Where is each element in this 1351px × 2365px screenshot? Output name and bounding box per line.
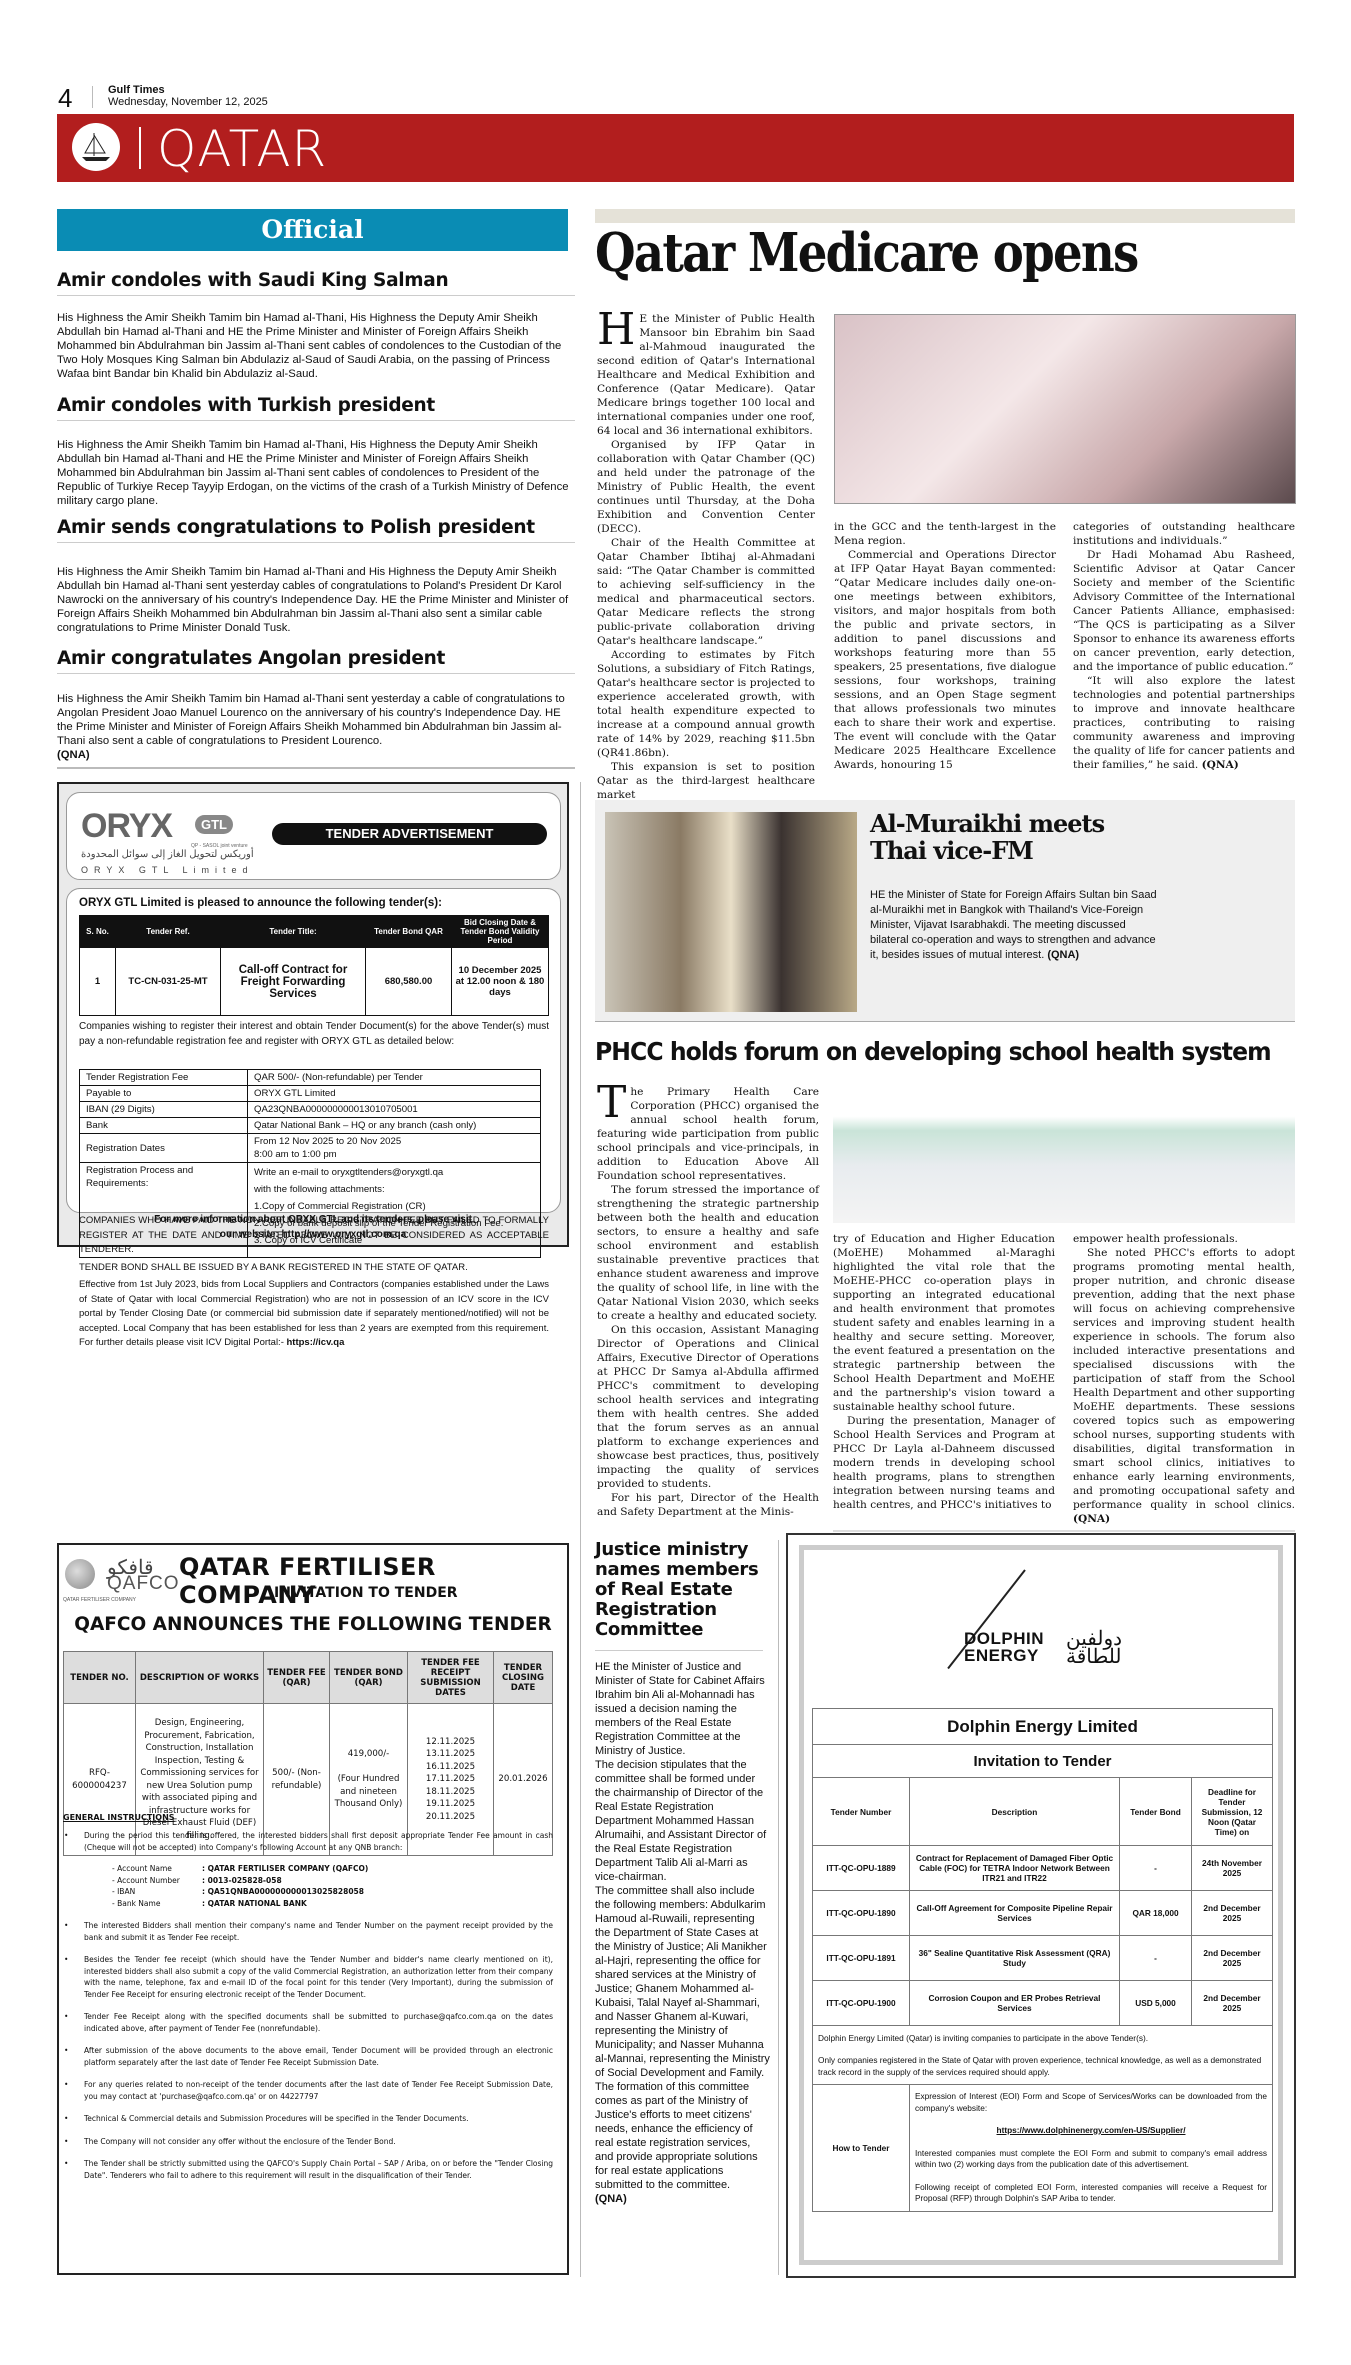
ad-title: Invitation to Tender	[813, 1745, 1273, 1778]
column-header: Tender Bond QAR	[366, 916, 452, 948]
account-details: - Account Name: QATAR FERTILISER COMPANY…	[112, 1863, 553, 1909]
list-item: Tender Fee Receipt along with the specif…	[63, 2011, 553, 2034]
table-row: BankQatar National Bank – HQ or any bran…	[80, 1118, 541, 1134]
credit: (QNA)	[57, 749, 90, 761]
official-body-2: His Highness the Amir Sheikh Tamim bin H…	[57, 438, 577, 508]
credit: (QNA)	[595, 2193, 627, 2205]
ribbon-cutting-photo	[834, 314, 1296, 504]
divider	[57, 420, 575, 421]
oryx-arabic-name: أوريكس لتحويل الغاز إلى سوائل المحدودة	[81, 849, 254, 860]
column-header: DESCRIPTION OF WORKS	[136, 1652, 264, 1704]
dolphin-logo: DOLPHINENERGY	[964, 1630, 1044, 1664]
dolphin-arabic-logo: دولفينللطاقة	[1066, 1630, 1122, 1666]
official-headline-1: Amir condoles with Saudi King Salman	[57, 270, 577, 291]
dolphin-tender-table: Dolphin Energy Limited Invitation to Ten…	[812, 1708, 1273, 2212]
phcc-column-3: empower health professionals. She noted …	[1073, 1232, 1295, 1526]
list-item: During the period this tender is offered…	[63, 1830, 553, 1909]
column-header: Deadline for Tender Submission, 12 Noon …	[1192, 1778, 1273, 1846]
table-row: ITT-QC-OPU-1900Corrosion Coupon and ER P…	[813, 1981, 1273, 2026]
instructions-list: During the period this tender is offered…	[63, 1830, 553, 2192]
list-item: After submission of the above documents …	[63, 2045, 553, 2068]
column-header: TENDER CLOSING DATE	[494, 1652, 553, 1704]
column-header: Tender Ref.	[116, 916, 221, 948]
medicare-headline: Qatar Medicare opens	[595, 222, 1138, 284]
oryx-tender-ad: ORYX GTL QP - SASOL joint venture أوريكس…	[57, 782, 569, 1247]
qafco-announcement: QAFCO ANNOUNCES THE FOLLOWING TENDER	[59, 1614, 567, 1635]
divider	[57, 673, 575, 674]
qafco-tender-ad: قافكو QAFCO QATAR FERTILISER COMPANY QAT…	[57, 1543, 569, 2275]
column-header: TENDER FEE (QAR)	[264, 1652, 330, 1704]
credit: (QNA)	[1073, 1513, 1110, 1525]
oryx-logo: ORYX	[81, 807, 172, 846]
registration-intro: Companies wishing to register their inte…	[79, 1019, 549, 1049]
list-item: The interested Bidders shall mention the…	[63, 1920, 553, 1943]
company-name: Dolphin Energy Limited	[813, 1709, 1273, 1745]
list-item: The Tender shall be strictly submitted u…	[63, 2158, 553, 2181]
oryx-gtl-badge: GTL	[195, 815, 233, 834]
dropcap: H	[597, 312, 639, 348]
phcc-headline: PHCC holds forum on developing school he…	[595, 1037, 1271, 1066]
dolphin-tender-ad: DOLPHINENERGY دولفينللطاقة Dolphin Energ…	[786, 1533, 1296, 2278]
divider	[57, 542, 575, 543]
banner-divider	[139, 127, 141, 169]
phcc-column-2: try of Education and Higher Education (M…	[833, 1232, 1055, 1512]
qafco-logo-subtitle: QATAR FERTILISER COMPANY	[63, 1597, 136, 1603]
table-row: Tender Registration FeeQAR 500/- (Non-re…	[80, 1070, 541, 1086]
table-row: Registration DatesFrom 12 Nov 2025 to 20…	[80, 1134, 541, 1163]
list-item: Besides the Tender fee receipt (which sh…	[63, 1954, 553, 2000]
medicare-column-1: HE the Minister of Public Health Mansoor…	[597, 312, 815, 802]
thai-body: HE the Minister of State for Foreign Aff…	[870, 888, 1160, 963]
table-row: ITT-QC-OPU-1890Call-Off Agreement for Co…	[813, 1891, 1273, 1936]
divider	[57, 767, 575, 769]
medicare-column-2: in the GCC and the tenth-largest in the …	[834, 520, 1056, 772]
forum-panel-photo	[833, 1081, 1295, 1223]
table-row: ITT-QC-OPU-189136" Sealine Quantitative …	[813, 1936, 1273, 1981]
oryx-footer: For more information about ORYX GTL and …	[57, 1212, 569, 1242]
top-rule	[595, 209, 1295, 223]
tender-table: S. No. Tender Ref. Tender Title: Tender …	[79, 915, 549, 1016]
column-header: Tender Number	[813, 1778, 910, 1846]
list-item: The Company will not consider any offer …	[63, 2136, 553, 2148]
oryx-body: ORYX GTL Limited is pleased to announce …	[66, 888, 561, 1213]
official-body-1: His Highness the Amir Sheikh Tamim bin H…	[57, 311, 577, 381]
instructions-title: GENERAL INSTRUCTIONS	[63, 1813, 175, 1822]
column-header: Description	[910, 1778, 1120, 1846]
table-row: ITT-QC-OPU-1889Contract for Replacement …	[813, 1846, 1273, 1891]
oryx-website-link[interactable]: our website: http://www.oryxgtl.com.qa	[57, 1227, 569, 1242]
official-section-header: Official	[57, 209, 568, 251]
divider	[595, 1650, 763, 1651]
how-to-tender-body: Expression of Interest (EOI) Form and Sc…	[910, 2085, 1273, 2212]
thai-story: Al-Muraikhi meets Thai vice-FM HE the Mi…	[595, 800, 1295, 1022]
how-to-tender-label: How to Tender	[813, 2085, 910, 2212]
official-headline-4: Amir congratulates Angolan president	[57, 648, 577, 669]
column-header: Tender Bond	[1120, 1778, 1192, 1846]
page-number: 4	[58, 83, 72, 114]
publication-date: Wednesday, November 12, 2025	[108, 96, 268, 108]
credit: (QNA)	[1202, 759, 1239, 771]
table-row: 1 TC-CN-031-25-MT Call-off Contract for …	[80, 948, 549, 1016]
official-headline-3: Amir sends congratulations to Polish pre…	[57, 517, 577, 538]
qafco-tender-table: TENDER NO. DESCRIPTION OF WORKS TENDER F…	[63, 1651, 553, 1856]
official-body-4: His Highness the Amir Sheikh Tamim bin H…	[57, 692, 577, 762]
medicare-column-3: categories of outstanding healthcare ins…	[1073, 520, 1295, 772]
divider	[833, 1530, 1295, 1532]
table-row: IBAN (29 Digits)QA23QNBA0000000000130107…	[80, 1102, 541, 1118]
qafco-logo: QAFCO	[107, 1573, 180, 1595]
qafco-subtitle: INVITATION TO TENDER	[274, 1585, 458, 1601]
column-header: Bid Closing Date & Tender Bond Validity …	[452, 916, 549, 948]
section-title: QATAR	[157, 120, 327, 178]
justice-body: HE the Minister of Justice and Minister …	[595, 1660, 770, 2206]
list-item: Technical & Commercial details and Submi…	[63, 2113, 553, 2125]
oryx-header: ORYX GTL QP - SASOL joint venture أوريكس…	[66, 792, 561, 880]
masthead-divider	[92, 86, 93, 108]
column-header: S. No.	[80, 916, 116, 948]
phcc-column-1: The Primary Health Care Corporation (PHC…	[597, 1085, 819, 1519]
column-divider	[580, 782, 581, 2277]
dropcap: T	[597, 1085, 630, 1121]
list-item: For any queries related to non-receipt o…	[63, 2079, 553, 2102]
column-header: TENDER NO.	[64, 1652, 136, 1704]
column-header: Tender Title:	[221, 916, 366, 948]
qafco-logo-icon	[65, 1559, 95, 1589]
meeting-photo	[605, 812, 857, 1012]
supplier-link[interactable]: https://www.dolphinenergy.com/en-US/Supp…	[915, 2125, 1267, 2137]
divider	[57, 295, 575, 296]
eligibility-note: Dolphin Energy Limited (Qatar) is inviti…	[813, 2026, 1273, 2085]
credit: (QNA)	[1047, 949, 1079, 961]
section-banner: QATAR	[57, 114, 1294, 182]
ad-type-label: TENDER ADVERTISEMENT	[272, 823, 547, 845]
official-body-3: His Highness the Amir Sheikh Tamim bin H…	[57, 565, 577, 635]
announcement: ORYX GTL Limited is pleased to announce …	[79, 897, 442, 909]
official-headline-2: Amir condoles with Turkish president	[57, 395, 577, 416]
column-header: TENDER FEE RECEIPT SUBMISSION DATES	[408, 1652, 494, 1704]
thai-headline: Al-Muraikhi meets Thai vice-FM	[870, 810, 1110, 864]
publication-name: Gulf Times	[108, 84, 165, 96]
icv-link[interactable]: https://icv.qa	[287, 1337, 345, 1348]
column-header: TENDER BOND (QAR)	[330, 1652, 408, 1704]
dhow-logo-icon	[72, 123, 120, 171]
dolphin-inner-frame: DOLPHINENERGY دولفينللطاقة Dolphin Energ…	[799, 1545, 1283, 2265]
oryx-company-name: ORYX GTL Limited	[81, 865, 254, 875]
column-divider	[778, 1540, 779, 2275]
justice-headline: Justice ministry names members of Real E…	[595, 1540, 770, 1640]
table-row: Payable toORYX GTL Limited	[80, 1086, 541, 1102]
